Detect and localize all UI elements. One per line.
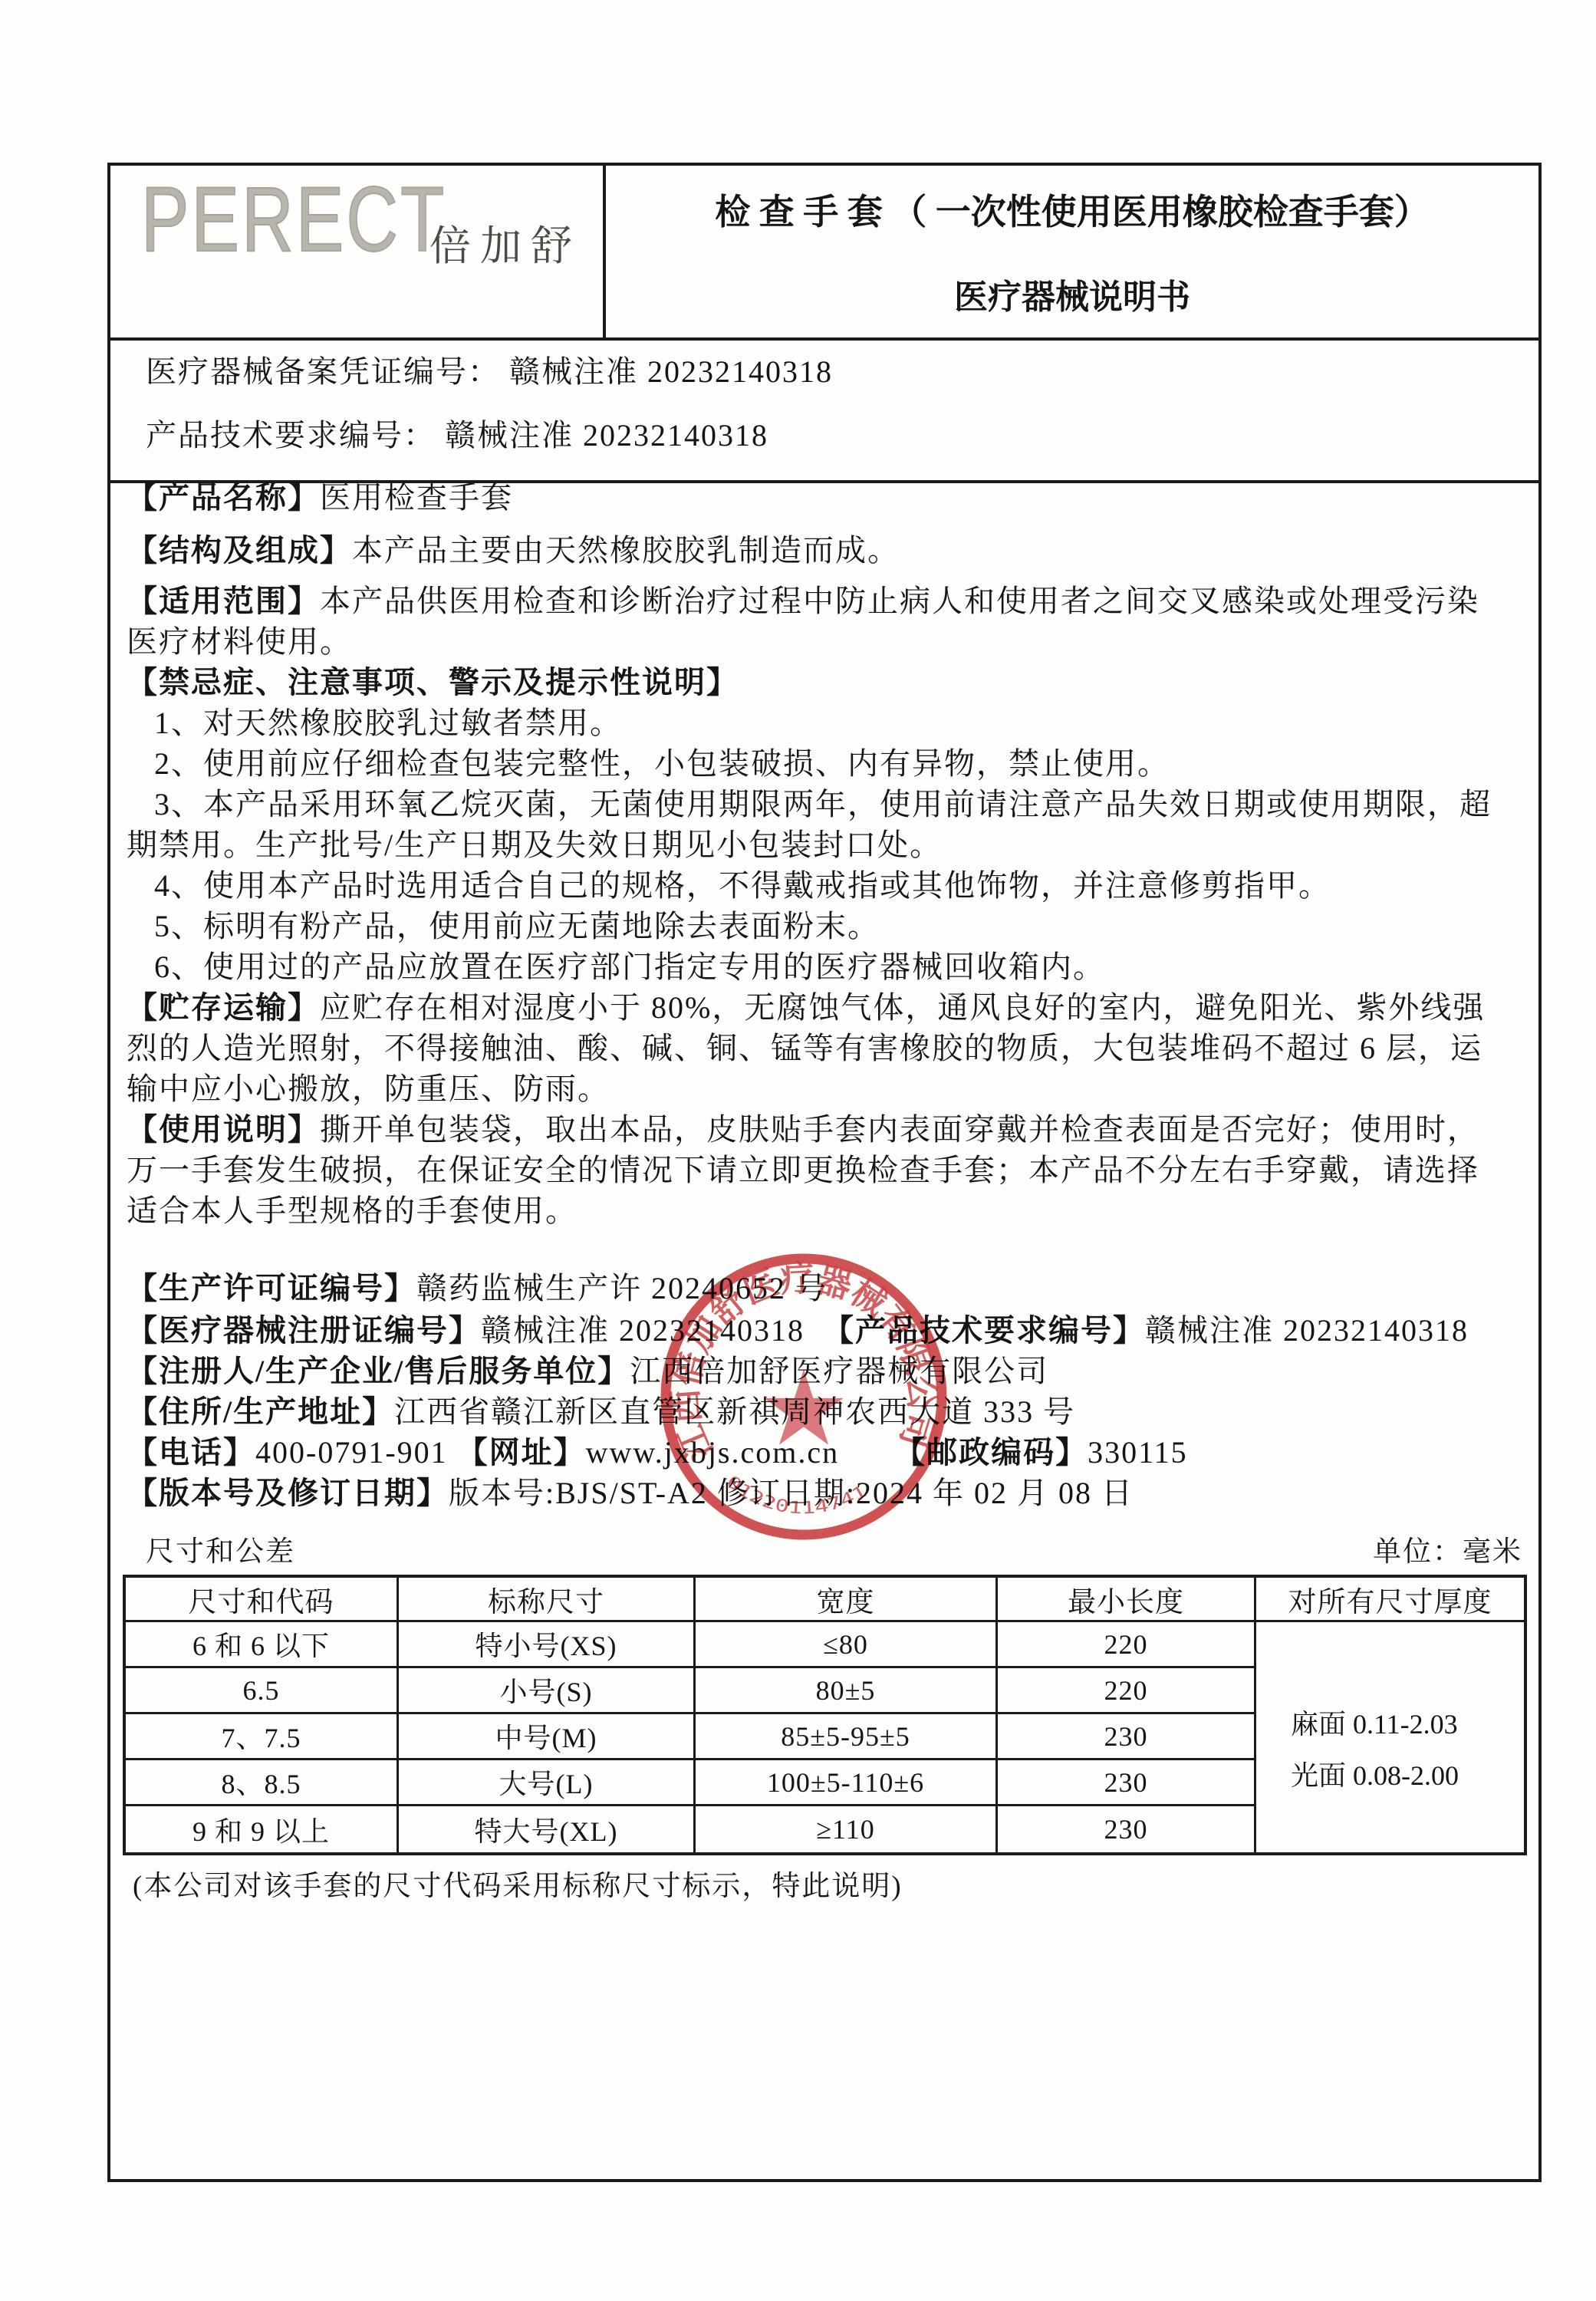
registration-section: 医疗器械备案凭证编号： 赣械注准 20232140318 产品技术要求编号： 赣… [110, 341, 1538, 483]
size-table: 尺寸和代码标称尺寸宽度最小长度对所有尺寸厚度麻面 0.11-2.03光面 0.0… [123, 1575, 1527, 1855]
document-page: PERECT 倍加舒 检 查 手 套 （ 一次性使用医用橡胶检查手套） 医疗器械… [0, 0, 1596, 2301]
body-line: 【版本号及修订日期】版本号:BJS/ST-A2 修订日期:2024 年 02 月… [127, 1473, 1531, 1513]
body-line: 6、使用过的产品应放置在医疗部门指定专用的医疗器械回收箱内。 [127, 946, 1531, 987]
section-label: 【禁忌症、注意事项、警示及提示性说明】 [127, 665, 739, 700]
section-text: 医疗材料使用。 [127, 624, 352, 659]
section-text: 适合本人手型规格的手套使用。 [127, 1193, 578, 1228]
body-line: 4、使用本产品时选用适合自己的规格，不得戴戒指或其他饰物，并注意修剪指甲。 [127, 865, 1531, 906]
brand-logo-chinese-text: 倍加舒 [429, 225, 581, 267]
table-cell-nominal: 大号(L) [399, 1760, 696, 1806]
section-text: 撕开单包装袋，取出本品，皮肤贴手套内表面穿戴并检查表面是否完好；使用时， [320, 1112, 1479, 1147]
document-border-box: PERECT 倍加舒 检 查 手 套 （ 一次性使用医用橡胶检查手套） 医疗器械… [107, 163, 1542, 2182]
section-text: 3、本产品采用环氧乙烷灭菌，无菌使用期限两年，使用前请注意产品失效日期或使用期限… [154, 787, 1492, 821]
body-line: 医疗材料使用。 [127, 621, 1531, 662]
section-text: 5、标明有粉产品，使用前应无菌地除去表面粉末。 [154, 909, 880, 943]
body-line: 【生产许可证编号】赣药监械生产许 20240652 号 [127, 1268, 1531, 1309]
section-text: 1、对天然橡胶胶乳过敏者禁用。 [154, 706, 622, 740]
section-label: 【网址】 [457, 1435, 586, 1470]
table-cell-width: 100±5-110±6 [696, 1760, 998, 1806]
section-text: 烈的人造光照射，不得接触油、酸、碱、铜、锰等有害橡胶的物质，大包装堆码不超过 6… [127, 1031, 1482, 1065]
table-cell-size: 9 和 9 以上 [126, 1806, 399, 1852]
section-label: 【版本号及修订日期】 [127, 1476, 449, 1510]
footnote: (本公司对该手套的尺寸代码采用标称尺寸标示，特此说明) [133, 1868, 1531, 1906]
table-cell-nominal: 中号(M) [399, 1714, 696, 1760]
table-cell-width: ≤80 [696, 1622, 998, 1668]
body-line: 【适用范围】本产品供医用检查和诊断治疗过程中防止病人和使用者之间交叉感染或处理受… [127, 581, 1531, 621]
section-text: 赣药监械生产许 20240652 号 [416, 1271, 828, 1305]
body-line: 【禁忌症、注意事项、警示及提示性说明】 [127, 662, 1531, 703]
table-cell-nominal: 小号(S) [399, 1668, 696, 1714]
section-label: 【邮政编码】 [894, 1435, 1088, 1470]
size-caption-row: 尺寸和公差单位：毫米 [127, 1533, 1531, 1572]
body-line: 输中应小心搬放，防重压、防雨。 [127, 1068, 1531, 1109]
table-header-5: 对所有尺寸厚度 [1256, 1578, 1524, 1622]
document-subtitle: 医疗器械说明书 [606, 276, 1538, 319]
size-caption: 尺寸和公差 [146, 1533, 295, 1572]
table-cell-width: 80±5 [696, 1668, 998, 1714]
section-label: 【贮存运输】 [127, 990, 320, 1025]
body-line: 万一手套发生破损，在保证安全的情况下请立即更换检查手套；本产品不分左右手穿戴，请… [127, 1150, 1531, 1190]
section-text: 赣械注准 20232140318 [481, 1313, 823, 1348]
table-cell-width: 85±5-95±5 [696, 1714, 998, 1760]
thickness-cell: 麻面 0.11-2.03光面 0.08-2.00 [1256, 1622, 1524, 1852]
brand-logo-wrap: PERECT [141, 173, 425, 273]
table-cell-min_length: 220 [998, 1668, 1256, 1714]
section-text: 4、使用本产品时选用适合自己的规格，不得戴戒指或其他饰物，并注意修剪指甲。 [154, 868, 1331, 903]
body-line: 2、使用前应仔细检查包装完整性，小包装破损、内有异物，禁止使用。 [127, 743, 1531, 784]
body-line: 适合本人手型规格的手套使用。 [127, 1190, 1531, 1231]
table-cell-min_length: 220 [998, 1622, 1256, 1668]
thickness-matte: 麻面 0.11-2.03 [1291, 1699, 1524, 1750]
body-line: 烈的人造光照射，不得接触油、酸、碱、铜、锰等有害橡胶的物质，大包装堆码不超过 6… [127, 1028, 1531, 1068]
table-header-4: 最小长度 [998, 1578, 1256, 1622]
section-text: 输中应小心搬放，防重压、防雨。 [127, 1071, 610, 1106]
table-cell-min_length: 230 [998, 1760, 1256, 1806]
table-cell-nominal: 特小号(XS) [399, 1622, 696, 1668]
section-text: 赣械注准 20232140318 [1145, 1313, 1469, 1348]
table-cell-size: 7、7.5 [126, 1714, 399, 1760]
thickness-smooth: 光面 0.08-2.00 [1291, 1750, 1524, 1802]
body-line: 【产品名称】医用检查手套 [127, 477, 1531, 518]
section-text: 万一手套发生破损，在保证安全的情况下请立即更换检查手套；本产品不分左右手穿戴，请… [127, 1153, 1479, 1187]
section-text: 400-0791-901 [255, 1435, 457, 1470]
section-label: 【使用说明】 [127, 1112, 320, 1147]
section-label: 【生产许可证编号】 [127, 1271, 416, 1305]
brand-logo: PERECT 倍加舒 [110, 166, 606, 337]
section-text: 本产品主要由天然橡胶胶乳制造而成。 [352, 533, 900, 568]
unit-caption: 单位：毫米 [1373, 1533, 1522, 1572]
technical-requirement-number: 产品技术要求编号： 赣械注准 20232140318 [146, 414, 1538, 457]
body-line: 5、标明有粉产品，使用前应无菌地除去表面粉末。 [127, 906, 1531, 946]
body-line: 【住所/生产地址】江西省赣江新区直管区新祺周神农西大道 333 号 [127, 1391, 1531, 1432]
body-line: 【注册人/生产企业/售后服务单位】江西倍加舒医疗器械有限公司 [127, 1351, 1531, 1391]
body-line: 【贮存运输】应贮存在相对湿度小于 80%，无腐蚀气体，通风良好的室内，避免阳光、… [127, 987, 1531, 1028]
body-line: 3、本产品采用环氧乙烷灭菌，无菌使用期限两年，使用前请注意产品失效日期或使用期限… [127, 784, 1531, 825]
section-label: 【产品名称】 [127, 480, 320, 515]
table-cell-size: 8、8.5 [126, 1760, 399, 1806]
registration-record-number: 医疗器械备案凭证编号： 赣械注准 20232140318 [146, 351, 1538, 393]
body-line: 【使用说明】撕开单包装袋，取出本品，皮肤贴手套内表面穿戴并检查表面是否完好；使用… [127, 1109, 1531, 1150]
section-text: 本产品供医用检查和诊断治疗过程中防止病人和使用者之间交叉感染或处理受污染 [320, 584, 1479, 618]
body-line: 【电话】400-0791-901 【网址】www.jxbjs.com.cn 【邮… [127, 1432, 1531, 1473]
table-cell-min_length: 230 [998, 1714, 1256, 1760]
table-cell-width: ≥110 [696, 1806, 998, 1852]
section-text: 6、使用过的产品应放置在医疗部门指定专用的医疗器械回收箱内。 [154, 950, 1105, 984]
title-cell: 检 查 手 套 （ 一次性使用医用橡胶检查手套） 医疗器械说明书 [606, 166, 1538, 337]
section-label: 【医疗器械注册证编号】 [127, 1313, 481, 1348]
section-label: 【产品技术要求编号】 [823, 1313, 1145, 1348]
brand-logo-text: PERECT [141, 173, 446, 265]
table-header-3: 宽度 [696, 1578, 998, 1622]
section-text: 江西省赣江新区直管区新祺周神农西大道 333 号 [394, 1394, 1075, 1429]
table-cell-nominal: 特大号(XL) [399, 1806, 696, 1852]
body-line: 期禁用。生产批号/生产日期及失效日期见小包装封口处。 [127, 825, 1531, 865]
section-text: 版本号:BJS/ST-A2 修订日期:2024 年 02 月 08 日 [449, 1476, 1134, 1510]
table-cell-min_length: 230 [998, 1806, 1256, 1852]
section-label: 【注册人/生产企业/售后服务单位】 [127, 1354, 630, 1388]
table-cell-size: 6.5 [126, 1668, 399, 1714]
section-text: www.jxbjs.com.cn [586, 1435, 894, 1470]
document-body: 【产品名称】医用检查手套【结构及组成】本产品主要由天然橡胶胶乳制造而成。【适用范… [127, 473, 1531, 1906]
table-cell-size: 6 和 6 以下 [126, 1622, 399, 1668]
section-label: 【住所/生产地址】 [127, 1394, 394, 1429]
body-line: 【医疗器械注册证编号】赣械注准 20232140318 【产品技术要求编号】赣械… [127, 1310, 1531, 1351]
table-header-2: 标称尺寸 [399, 1578, 696, 1622]
section-text: 330115 [1088, 1435, 1188, 1470]
section-text: 江西倍加舒医疗器械有限公司 [630, 1354, 1048, 1388]
table-header-1: 尺寸和代码 [126, 1578, 399, 1622]
section-text: 2、使用前应仔细检查包装完整性，小包装破损、内有异物，禁止使用。 [154, 746, 1170, 781]
document-header: PERECT 倍加舒 检 查 手 套 （ 一次性使用医用橡胶检查手套） 医疗器械… [110, 166, 1538, 341]
section-label: 【电话】 [127, 1435, 255, 1470]
document-title: 检 查 手 套 （ 一次性使用医用橡胶检查手套） [606, 189, 1538, 236]
section-text: 应贮存在相对湿度小于 80%，无腐蚀气体，通风良好的室内，避免阳光、紫外线强 [320, 990, 1485, 1025]
section-label: 【结构及组成】 [127, 533, 352, 568]
section-text: 医用检查手套 [320, 480, 513, 515]
section-text: 期禁用。生产批号/生产日期及失效日期见小包装封口处。 [127, 828, 942, 862]
section-label: 【适用范围】 [127, 584, 320, 618]
body-line: 【结构及组成】本产品主要由天然橡胶胶乳制造而成。 [127, 530, 1531, 571]
body-line: 1、对天然橡胶胶乳过敏者禁用。 [127, 703, 1531, 743]
